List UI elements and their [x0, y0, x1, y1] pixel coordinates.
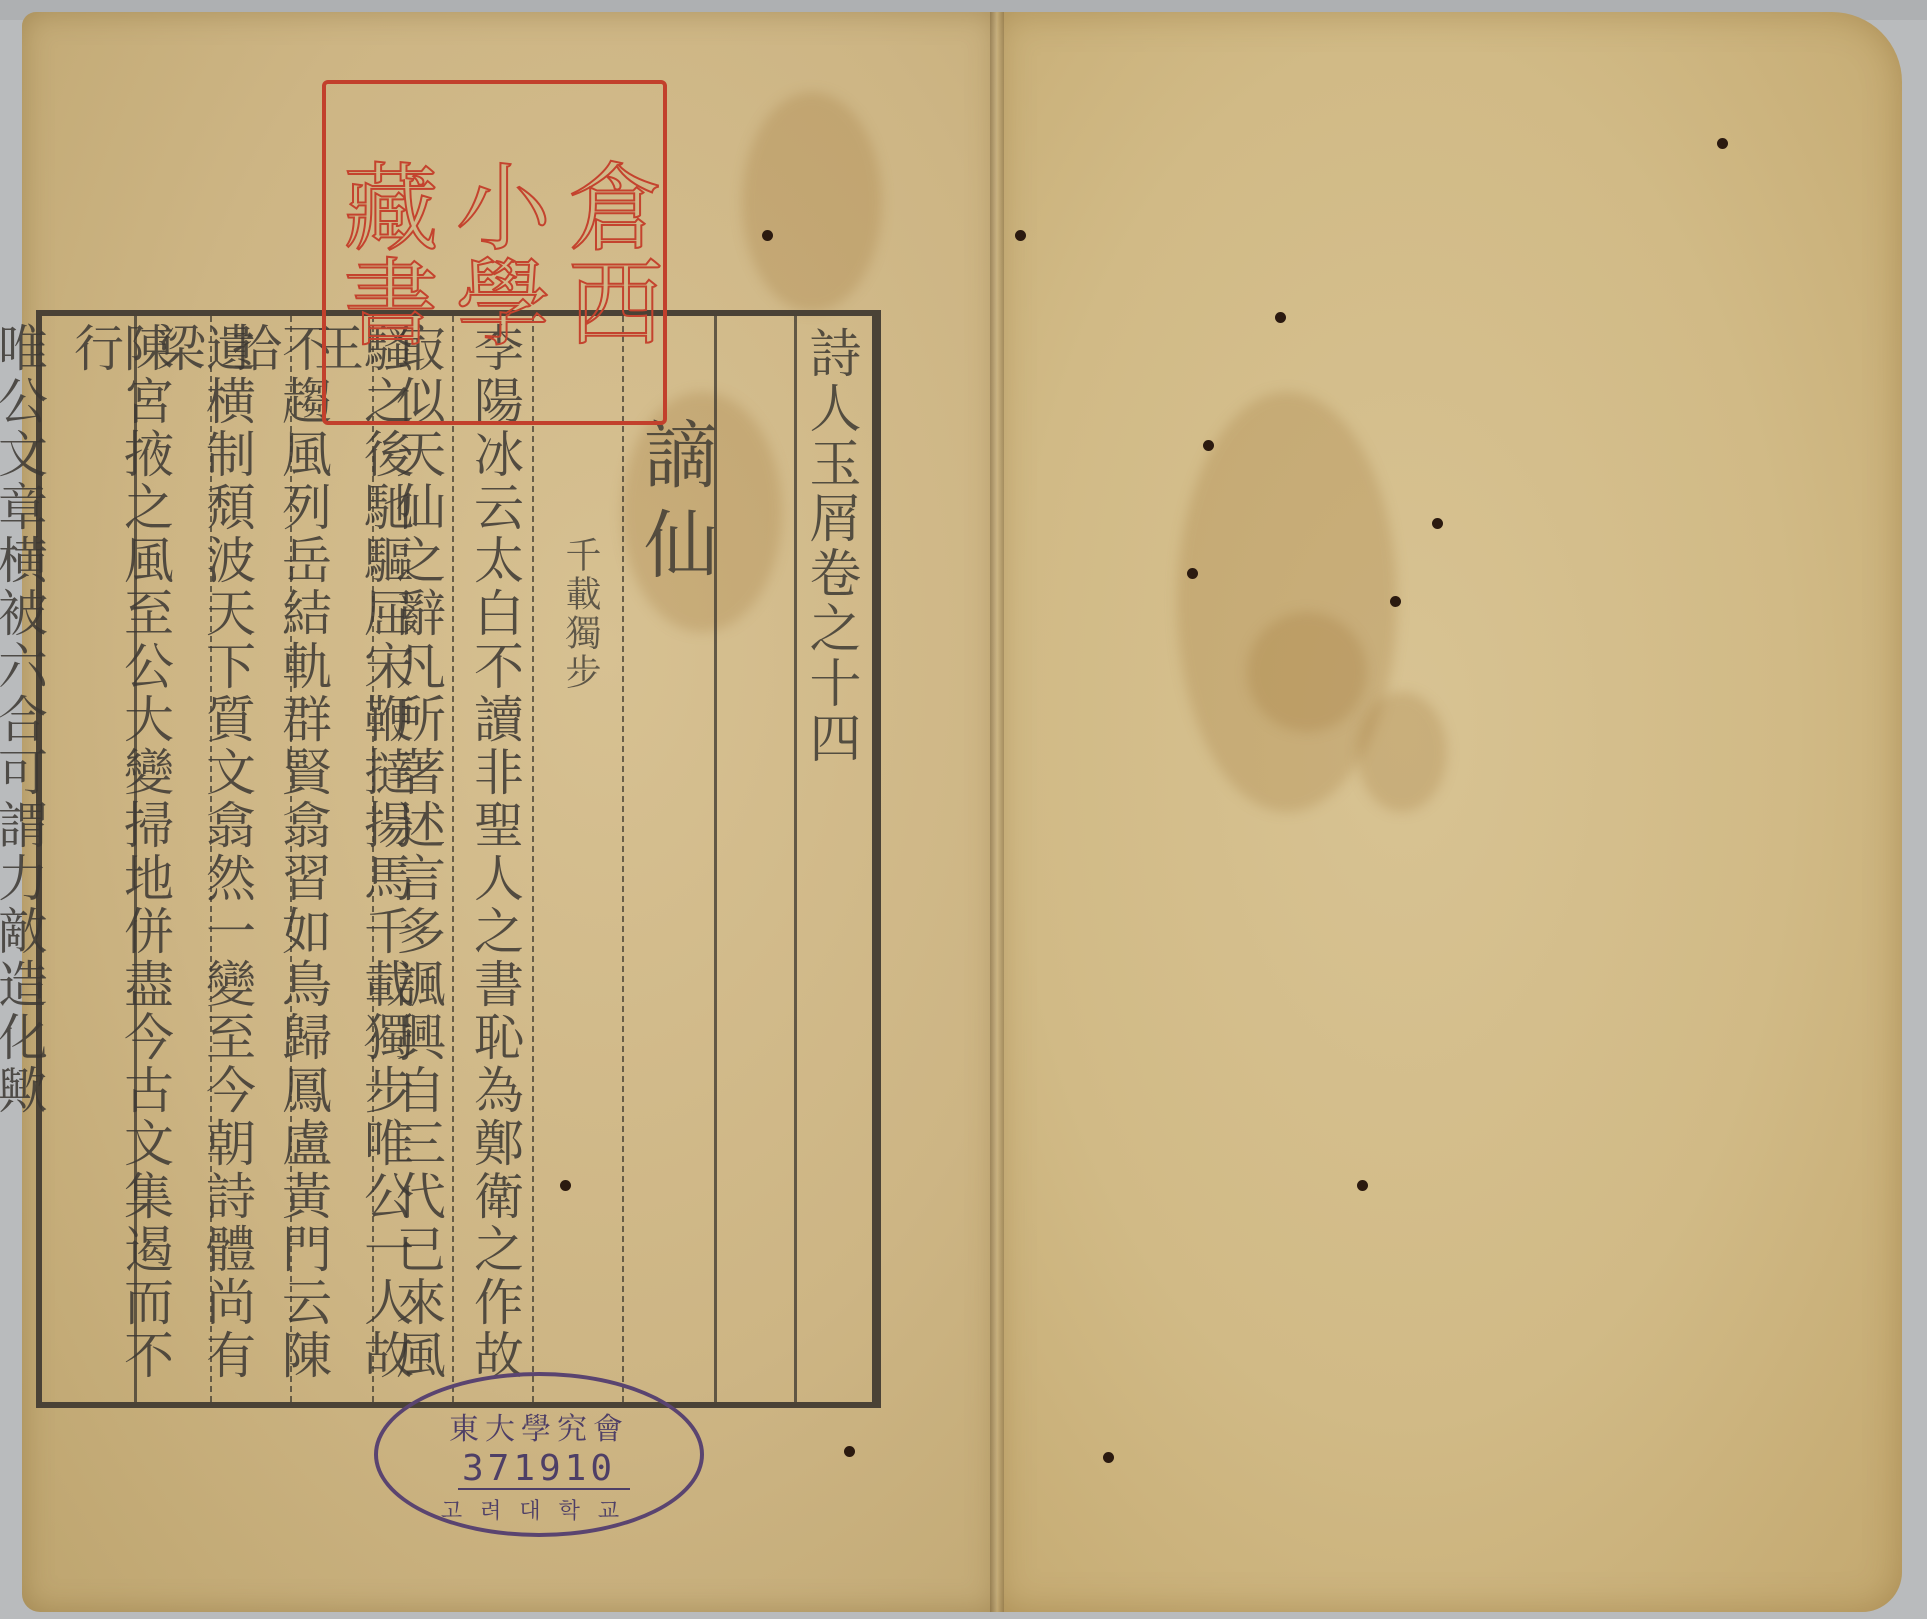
- binding-hole: [1103, 1452, 1114, 1463]
- right-page: [997, 12, 1902, 1612]
- binding-hole: [844, 1446, 855, 1457]
- binding-hole: [1015, 230, 1026, 241]
- binding-hole: [1432, 518, 1443, 529]
- stamp-korean-text: 고려대학교: [378, 1494, 700, 1525]
- volume-title: 詩人玉屑卷之十四: [804, 326, 856, 766]
- water-stain: [742, 92, 882, 312]
- binding-hole: [1187, 568, 1198, 579]
- binding-hole: [1203, 440, 1214, 451]
- binding-hole: [1390, 596, 1401, 607]
- text-column-6: 陳宮掖之風至公大變掃地併盡今古文集遏而不行: [70, 322, 170, 1402]
- text-column-7: 唯公文章横被六合可謂力敵造化歟: [0, 322, 44, 1117]
- book-spine-gutter: [990, 12, 1004, 1612]
- text-frame: 詩人玉屑卷之十四 謫仙 千載獨步 李陽冰云太白不讀非聖人之書恥為鄭衛之作故 㝡似…: [36, 310, 881, 1408]
- binding-hole: [1357, 1180, 1368, 1191]
- section-heading: 謫仙: [638, 416, 712, 596]
- section-subheading: 千載獨步: [562, 536, 598, 692]
- text-column-1: 李陽冰云太白不讀非聖人之書恥為鄭衛之作故: [470, 322, 520, 1382]
- seal-char: 倉西: [557, 158, 657, 348]
- stamp-divider: [458, 1488, 630, 1490]
- open-book: 詩人玉屑卷之十四 謫仙 千載獨步 李陽冰云太白不讀非聖人之書恥為鄭衛之作故 㝡似…: [22, 12, 1902, 1612]
- left-page: 詩人玉屑卷之十四 謫仙 千載獨步 李陽冰云太白不讀非聖人之書恥為鄭衛之作故 㝡似…: [22, 12, 997, 1612]
- seal-char: 藏書: [332, 158, 432, 348]
- stamp-accession-number: 371910: [378, 1448, 700, 1489]
- column-rule: [794, 316, 797, 1402]
- binding-hole: [762, 230, 773, 241]
- column-rule: [532, 316, 534, 1402]
- library-accession-stamp: 東大學究會 371910 고려대학교: [374, 1372, 704, 1537]
- binding-hole: [1275, 312, 1286, 323]
- column-rule: [622, 316, 624, 1402]
- red-collector-seal: 藏書 小學 倉西: [322, 80, 667, 425]
- binding-hole: [560, 1180, 571, 1191]
- column-rule: [452, 316, 454, 1402]
- seal-char: 小學: [445, 158, 545, 348]
- water-stain: [1247, 612, 1367, 732]
- water-stain: [1357, 692, 1447, 812]
- binding-hole: [1717, 138, 1728, 149]
- stamp-institution: 東大學究會: [378, 1404, 700, 1448]
